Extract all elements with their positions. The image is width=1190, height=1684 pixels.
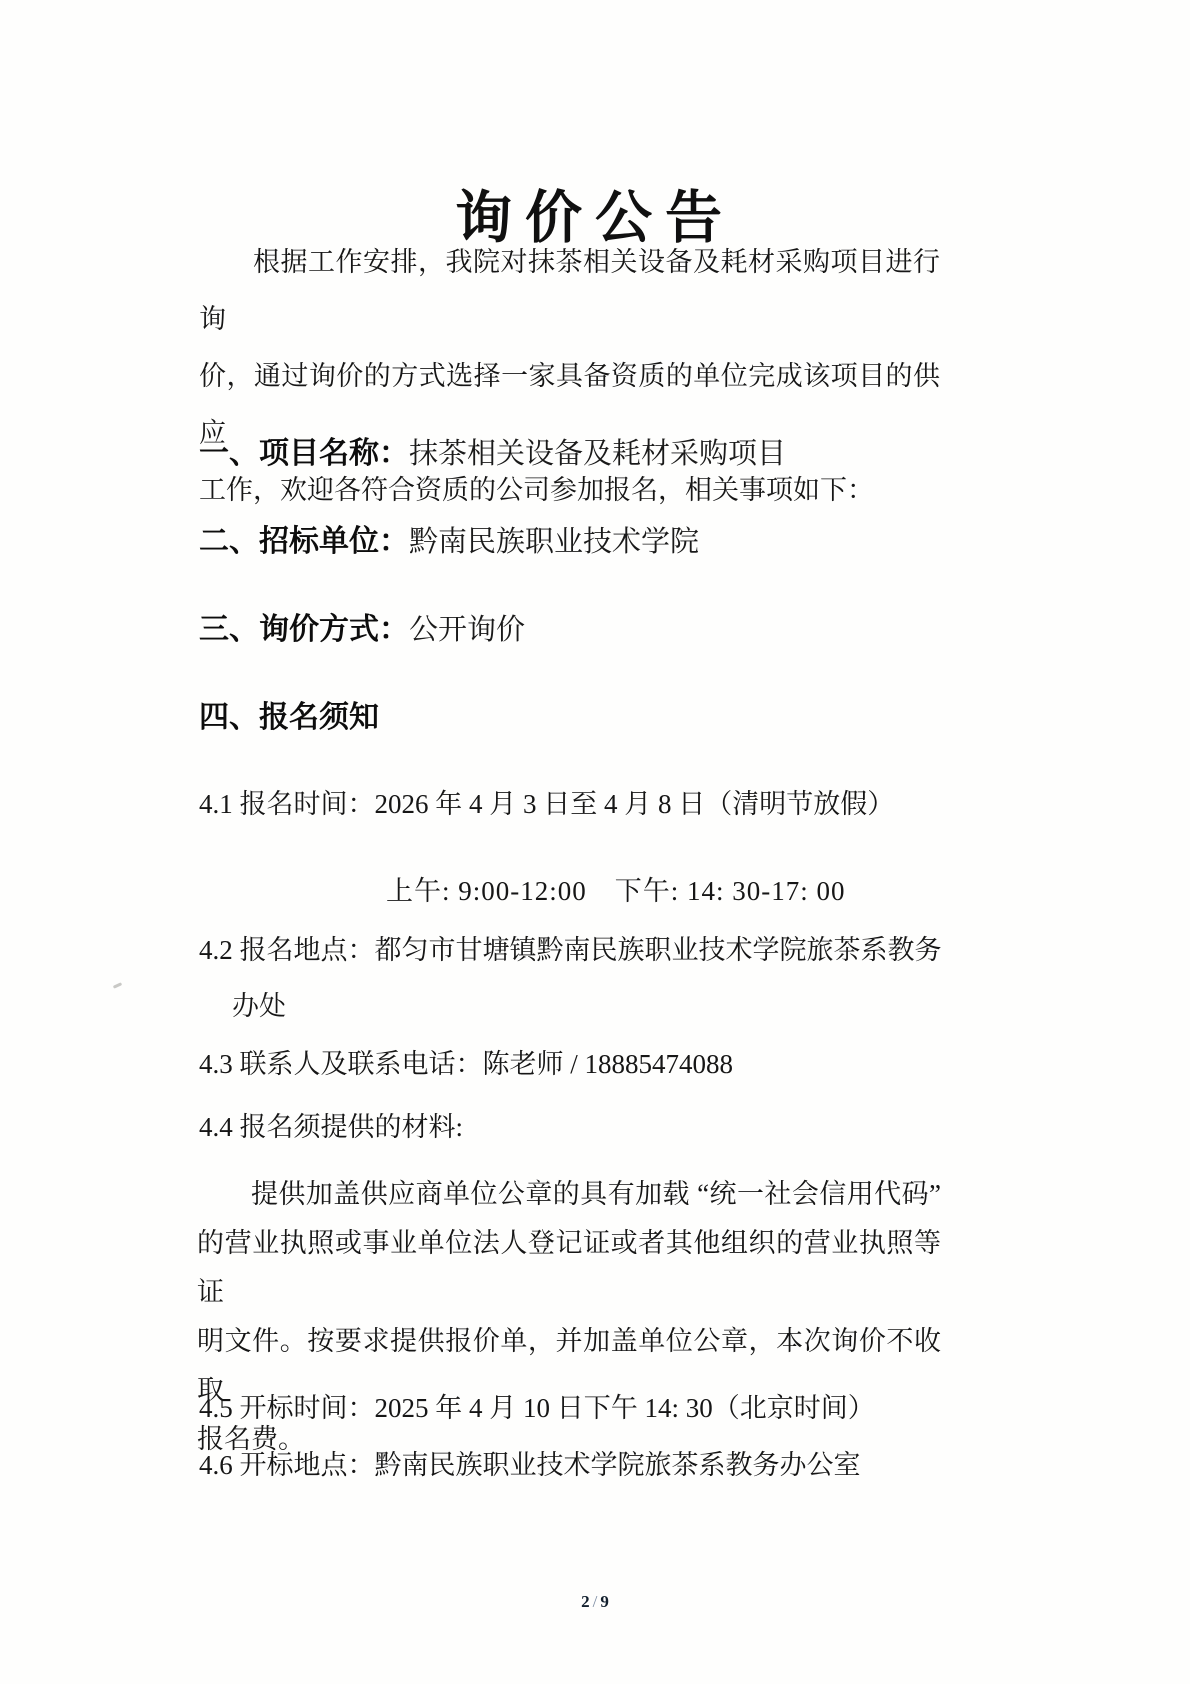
page-number-current: 2 (581, 1592, 590, 1611)
section-registration-notice: 四、报名须知 (199, 698, 959, 738)
section-label: 一、项目名称： (199, 437, 409, 470)
section-label: 四、报名须知 (199, 701, 379, 734)
item-contact: 4.3 联系人及联系电话：陈老师 / 18885474088 (199, 1045, 959, 1083)
item-value-wrap: 办处 (232, 987, 959, 1025)
item-label: 4.4 报名须提供的材料: (199, 1112, 463, 1142)
item-value: 陈老师 / 18885474088 (483, 1049, 734, 1079)
page-number-separator: / (590, 1592, 601, 1611)
page-number-total: 9 (600, 1592, 609, 1611)
section-value: 黔南民族职业技术学院 (409, 526, 699, 558)
page-number: 2/9 (0, 1592, 1190, 1612)
item-bid-opening-time: 4.5 开标时间：2025 年 4 月 10 日下午 14: 30（北京时间） (199, 1389, 959, 1427)
scan-artifact (113, 982, 122, 989)
section-inquiry-method: 三、询价方式：公开询价 (199, 610, 959, 650)
item-label: 4.6 开标地点： (199, 1450, 375, 1480)
materials-line: 的营业执照或事业单位法人登记证或者其他组织的营业执照等证 (197, 1219, 941, 1317)
item-label: 4.2 报名地点： (199, 935, 375, 965)
section-value: 公开询价 (409, 614, 525, 646)
item-bid-opening-place: 4.6 开标地点：黔南民族职业技术学院旅茶系教务办公室 (199, 1446, 959, 1484)
item-registration-time: 4.1 报名时间：2026 年 4 月 3 日至 4 月 8 日（清明节放假） (199, 785, 959, 823)
document-page: 询价公告 根据工作安排，我院对抹茶相关设备及耗材采购项目进行询 价，通过询价的方… (0, 0, 1190, 1684)
section-value: 抹茶相关设备及耗材采购项目 (409, 438, 786, 470)
item-value: 黔南民族职业技术学院旅茶系教务办公室 (375, 1450, 861, 1480)
section-label: 三、询价方式： (199, 613, 409, 646)
item-value: 都匀市甘塘镇黔南民族职业技术学院旅茶系教务 (375, 935, 942, 965)
item-label: 4.3 联系人及联系电话： (199, 1049, 483, 1079)
section-project-name: 一、项目名称：抹茶相关设备及耗材采购项目 (199, 434, 959, 474)
intro-paragraph: 根据工作安排，我院对抹茶相关设备及耗材采购项目进行询 价，通过询价的方式选择一家… (199, 234, 940, 519)
item-registration-place: 4.2 报名地点：都匀市甘塘镇黔南民族职业技术学院旅茶系教务 办处 (199, 931, 959, 1025)
item-registration-time-detail: 上午: 9:00-12:00 下午: 14: 30-17: 00 (386, 872, 1146, 910)
item-label: 4.1 报名时间： (199, 789, 375, 819)
item-value: 2025 年 4 月 10 日下午 14: 30（北京时间） (375, 1393, 875, 1423)
section-tender-unit: 二、招标单位：黔南民族职业技术学院 (199, 522, 959, 562)
intro-line: 根据工作安排，我院对抹茶相关设备及耗材采购项目进行询 (199, 234, 940, 348)
item-required-materials: 4.4 报名须提供的材料: (199, 1108, 959, 1146)
item-value: 2026 年 4 月 3 日至 4 月 8 日（清明节放假） (375, 789, 895, 819)
section-label: 二、招标单位： (199, 525, 409, 558)
materials-line: 提供加盖供应商单位公章的具有加载 “统一社会信用代码” (197, 1170, 941, 1219)
item-label: 4.5 开标时间： (199, 1393, 375, 1423)
